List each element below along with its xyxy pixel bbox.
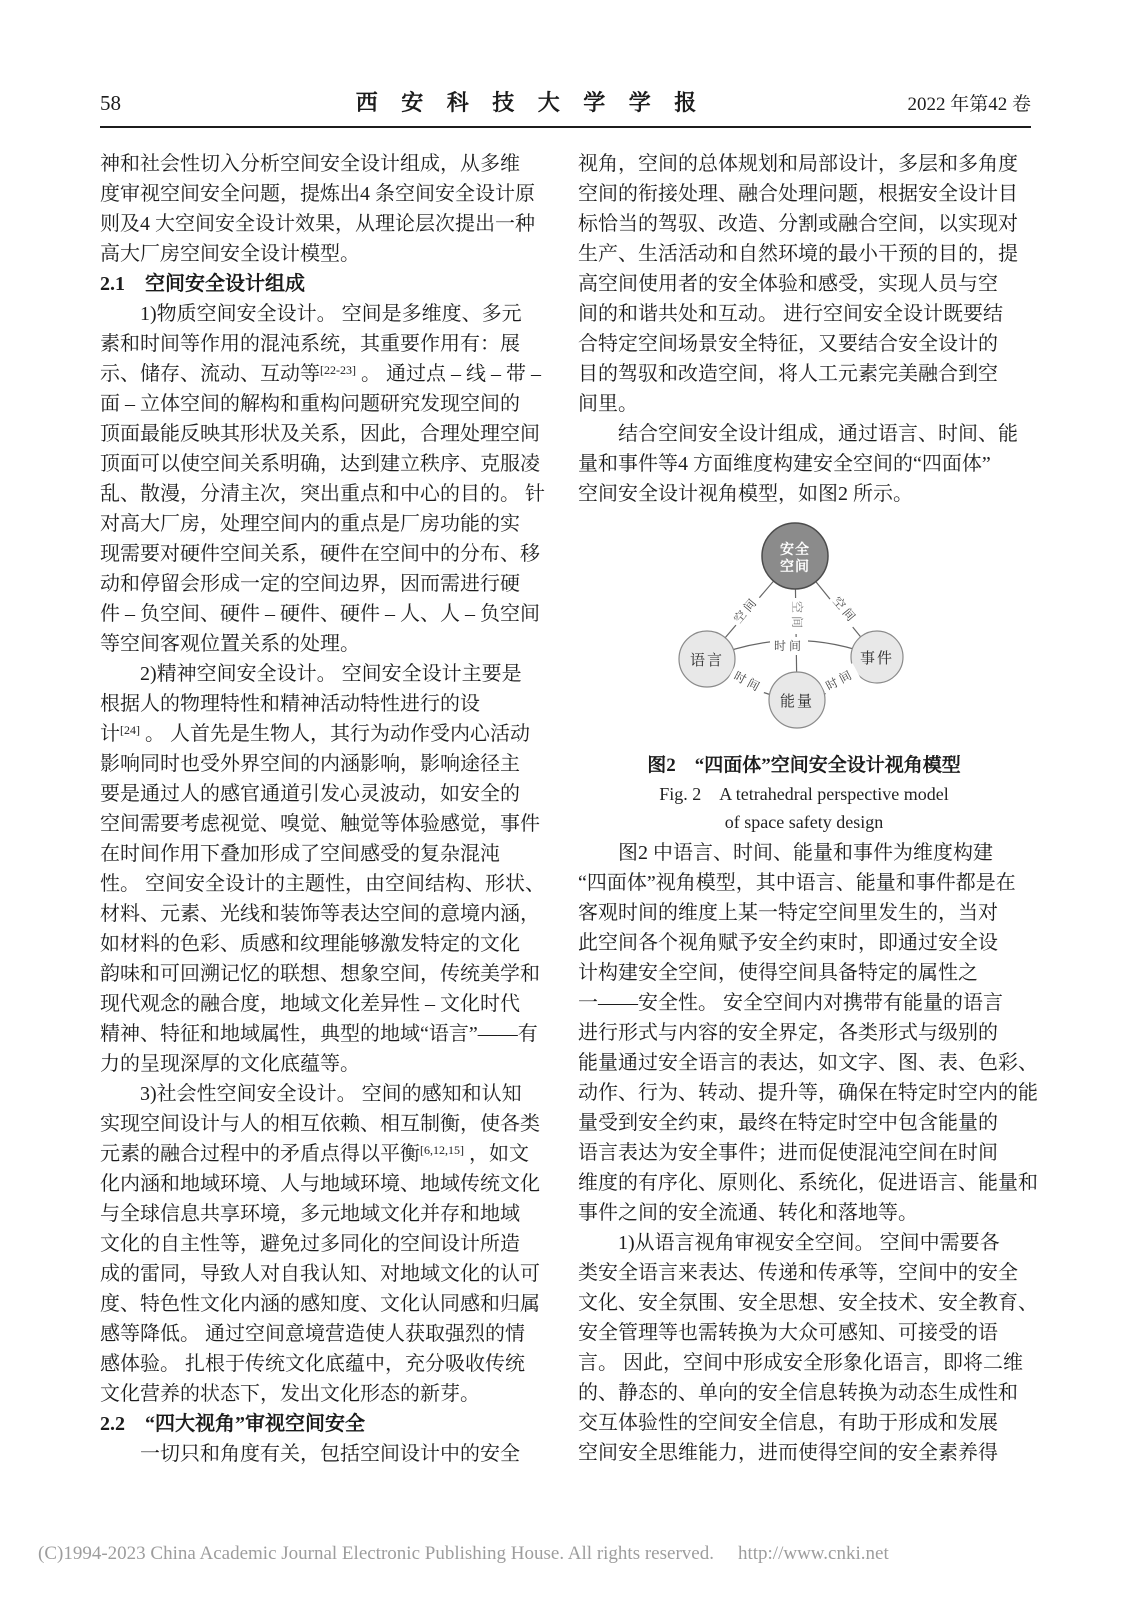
copyright-notice: (C)1994-2023 China Academic Journal Elec… — [38, 1543, 714, 1565]
svg-text:时间: 时间 — [774, 638, 804, 653]
text-line: 要是通过人的感官通道引发心灵波动，如安全的 — [100, 779, 552, 809]
edge-label-time-right: 时间 — [819, 663, 861, 697]
text-line: 则及4 大空间安全设计效果，从理论层次提出一种 — [100, 209, 552, 239]
citation-marker: [22-23] — [320, 363, 356, 377]
text-line: 在时间作用下叠加形成了空间感受的复杂混沌 — [100, 839, 552, 869]
text-line: 高空间使用者的安全体验和感受，实现人员与空 — [578, 269, 1030, 299]
text-line: 等空间客观位置关系的处理。 — [100, 629, 552, 659]
text-line: 成的雷同，导致人对自我认知、对地域文化的认可 — [100, 1259, 552, 1289]
text-line: 面 – 立体空间的解构和重构问题研究发现空间的 — [100, 389, 552, 419]
node-label-energy: 能量 — [780, 693, 814, 710]
page-header: 58 西 安 科 技 大 学 学 报 2022 年第42 卷 — [100, 86, 1031, 112]
journal-title: 西 安 科 技 大 学 学 报 — [220, 86, 841, 117]
text-line: 事件之间的安全流通、转化和落地等。 — [578, 1198, 1030, 1228]
text-line: 类安全语言来表达、传递和传承等，空间中的安全 — [578, 1258, 1030, 1288]
text-line: “四面体”视角模型，其中语言、能量和事件都是在 — [578, 868, 1030, 898]
section-heading: 2.1 空间安全设计组成 — [100, 269, 552, 299]
citation-marker: [24] — [120, 723, 140, 737]
text-line: 乱、散漫，分清主次，突出重点和中心的目的。 针 — [100, 479, 552, 509]
page-number: 58 — [100, 91, 220, 116]
text-line: 间的和谐共处和互动。 进行空间安全设计既要结 — [578, 299, 1030, 329]
text-line: 的、静态的、单向的安全信息转换为动态生成性和 — [578, 1378, 1030, 1408]
citation-marker: [6,12,15] — [420, 1143, 464, 1157]
figure-caption-en-line1: Fig. 2 A tetrahedral perspective model — [578, 780, 1030, 808]
svg-text:空间: 空间 — [790, 601, 805, 631]
text-line: 现需要对硬件空间关系，硬件在空间中的分布、移 — [100, 539, 552, 569]
text-line: 件 – 负空间、硬件 – 硬件、硬件 – 人、人 – 负空间 — [100, 599, 552, 629]
text-line: 文化的自主性等，避免过多同化的空间设计所造 — [100, 1229, 552, 1259]
text-line: 感体验。 扎根于传统文化底蕴中，充分吸收传统 — [100, 1349, 552, 1379]
right-column: 视角，空间的总体规划和局部设计，多层和多角度空间的衔接处理、融合处理问题，根据安… — [578, 149, 1030, 1469]
node-label-event: 事件 — [860, 650, 894, 667]
text-line: 图2 中语言、时间、能量和事件为维度构建 — [578, 838, 1030, 868]
edge-label-time-left: 时间 — [727, 665, 769, 699]
header-rule — [100, 126, 1031, 128]
text-line: 量受到安全约束，最终在特定时空中包含能量的 — [578, 1108, 1030, 1138]
edge-label-space-right: 空间 — [827, 590, 864, 629]
text-line: 性。 空间安全设计的主题性，由空间结构、形状、 — [100, 869, 552, 899]
page: 58 西 安 科 技 大 学 学 报 2022 年第42 卷 神和社会性切入分析… — [100, 0, 1031, 1469]
text-line: 3)社会性空间安全设计。 空间的感知和认知 — [100, 1079, 552, 1109]
text-line: 材料、元素、光线和装饰等表达空间的意境内涵， — [100, 899, 552, 929]
text-line: 间里。 — [578, 389, 1030, 419]
text-line: 客观时间的维度上某一特定空间里发生的，当对 — [578, 898, 1030, 928]
text-line: 1)物质空间安全设计。 空间是多维度、多元 — [100, 299, 552, 329]
text-line: 实现空间设计与人的相互依赖、相互制衡，使各类 — [100, 1109, 552, 1139]
text-line: 现代观念的融合度，地域文化差异性 – 文化时代 — [100, 989, 552, 1019]
text-line: 顶面可以使空间关系明确，达到建立秩序、克服凌 — [100, 449, 552, 479]
figure-2: 安全 空间 语言 事件 能量 空间 空间 — [578, 515, 1030, 836]
page-footer: (C)1994-2023 China Academic Journal Elec… — [38, 1543, 1098, 1565]
text-line: 言。 因此，空间中形成安全形象化语言，即将二维 — [578, 1348, 1030, 1378]
node-label-safety2: 空间 — [780, 558, 810, 575]
text-line: 空间需要考虑视觉、嗅觉、触觉等体验感觉，事件 — [100, 809, 552, 839]
section-heading: 2.2 “四大视角”审视空间安全 — [100, 1409, 552, 1439]
edge-label-space-left: 空间 — [728, 590, 765, 629]
text-line: 文化营养的状态下，发出文化形态的新芽。 — [100, 1379, 552, 1409]
right-column-text-bottom: 图2 中语言、时间、能量和事件为维度构建“四面体”视角模型，其中语言、能量和事件… — [578, 838, 1030, 1468]
text-line: 目的驾驭和改造空间，将人工元素完美融合到空 — [578, 359, 1030, 389]
text-line: 合特定空间场景安全特征，又要结合安全设计的 — [578, 329, 1030, 359]
text-line: 化内涵和地域环境、人与地域环境、地域传统文化 — [100, 1169, 552, 1199]
figure-caption-en-line2: of space safety design — [578, 808, 1030, 836]
figure-caption-zh: 图2 “四面体”空间安全设计视角模型 — [578, 752, 1030, 780]
text-line: 空间安全思维能力，进而使得空间的安全素养得 — [578, 1438, 1030, 1468]
cnki-url: http://www.cnki.net — [738, 1543, 889, 1565]
text-line: 进行形式与内容的安全界定，各类形式与级别的 — [578, 1018, 1030, 1048]
edge-label-space-center: 空间 — [788, 598, 806, 634]
text-line: 维度的有序化、原则化、系统化，促进语言、能量和 — [578, 1168, 1030, 1198]
text-line: 影响同时也受外界空间的内涵影响，影响途径主 — [100, 749, 552, 779]
text-line: 语言表达为安全事件；进而促使混沌空间在时间 — [578, 1138, 1030, 1168]
text-line: 结合空间安全设计组成，通过语言、时间、能 — [578, 419, 1030, 449]
text-line: 1)从语言视角审视安全空间。 空间中需要各 — [578, 1228, 1030, 1258]
text-line: 度、特色性文化内涵的感知度、文化认同感和归属 — [100, 1289, 552, 1319]
text-line: 如材料的色彩、质感和纹理能够激发特定的文化 — [100, 929, 552, 959]
figure-2-diagram: 安全 空间 语言 事件 能量 空间 空间 — [649, 515, 959, 733]
text-line: 精神、特征和地域属性，典型的地域“语言”——有 — [100, 1019, 552, 1049]
text-line: 一切只和角度有关，包括空间设计中的安全 — [100, 1439, 552, 1469]
volume-info: 2022 年第42 卷 — [841, 89, 1031, 116]
text-line: 神和社会性切入分析空间安全设计组成，从多维 — [100, 149, 552, 179]
text-line: 安全管理等也需转换为大众可感知、可接受的语 — [578, 1318, 1030, 1348]
text-line: 交互体验性的空间安全信息，有助于形成和发展 — [578, 1408, 1030, 1438]
node-label-language: 语言 — [690, 652, 724, 669]
text-line: 视角，空间的总体规划和局部设计，多层和多角度 — [578, 149, 1030, 179]
text-line: 2)精神空间安全设计。 空间安全设计主要是 — [100, 659, 552, 689]
text-line: 高大厂房空间安全设计模型。 — [100, 239, 552, 269]
text-line: 示、储存、流动、互动等[22-23] 。 通过点 – 线 – 带 – — [100, 359, 552, 389]
text-line: 度审视空间安全问题，提炼出4 条空间安全设计原 — [100, 179, 552, 209]
edge-label-time-middle: 时间 — [770, 637, 808, 655]
text-line: 感等降低。 通过空间意境营造使人获取强烈的情 — [100, 1319, 552, 1349]
text-line: 对高大厂房，处理空间内的重点是厂房功能的实 — [100, 509, 552, 539]
text-line: 动和停留会形成一定的空间边界，因而需进行硬 — [100, 569, 552, 599]
right-column-text-top: 视角，空间的总体规划和局部设计，多层和多角度空间的衔接处理、融合处理问题，根据安… — [578, 149, 1030, 509]
text-line: 空间的衔接处理、融合处理问题，根据安全设计目 — [578, 179, 1030, 209]
text-line: 元素的融合过程中的矛盾点得以平衡[6,12,15] ，如文 — [100, 1139, 552, 1169]
text-line: 顶面最能反映其形状及关系，因此，合理处理空间 — [100, 419, 552, 449]
text-line: 根据人的物理特性和精神活动特性进行的设 — [100, 689, 552, 719]
text-line: 一——安全性。 安全空间内对携带有能量的语言 — [578, 988, 1030, 1018]
text-line: 空间安全设计视角模型，如图2 所示。 — [578, 479, 1030, 509]
text-line: 素和时间等作用的混沌系统，其重要作用有：展 — [100, 329, 552, 359]
text-line: 动作、行为、转动、提升等，确保在特定时空内的能 — [578, 1078, 1030, 1108]
node-label-safety1: 安全 — [780, 541, 810, 558]
text-line: 能量通过安全语言的表达，如文字、图、表、色彩、 — [578, 1048, 1030, 1078]
two-column-body: 神和社会性切入分析空间安全设计组成，从多维度审视空间安全问题，提炼出4 条空间安… — [100, 149, 1031, 1469]
text-line: 生产、生活活动和自然环境的最小干预的目的，提 — [578, 239, 1030, 269]
text-line: 计构建安全空间，使得空间具备特定的属性之 — [578, 958, 1030, 988]
text-line: 韵味和可回溯记忆的联想、想象空间，传统美学和 — [100, 959, 552, 989]
text-line: 与全球信息共享环境，多元地域文化并存和地域 — [100, 1199, 552, 1229]
text-line: 计[24] 。 人首先是生物人，其行为动作受内心活动 — [100, 719, 552, 749]
text-line: 此空间各个视角赋予安全约束时，即通过安全设 — [578, 928, 1030, 958]
text-line: 标恰当的驾驭、改造、分割或融合空间，以实现对 — [578, 209, 1030, 239]
left-column: 神和社会性切入分析空间安全设计组成，从多维度审视空间安全问题，提炼出4 条空间安… — [100, 149, 552, 1469]
text-line: 力的呈现深厚的文化底蕴等。 — [100, 1049, 552, 1079]
text-line: 量和事件等4 方面维度构建安全空间的“四面体” — [578, 449, 1030, 479]
text-line: 文化、安全氛围、安全思想、安全技术、安全教育、 — [578, 1288, 1030, 1318]
